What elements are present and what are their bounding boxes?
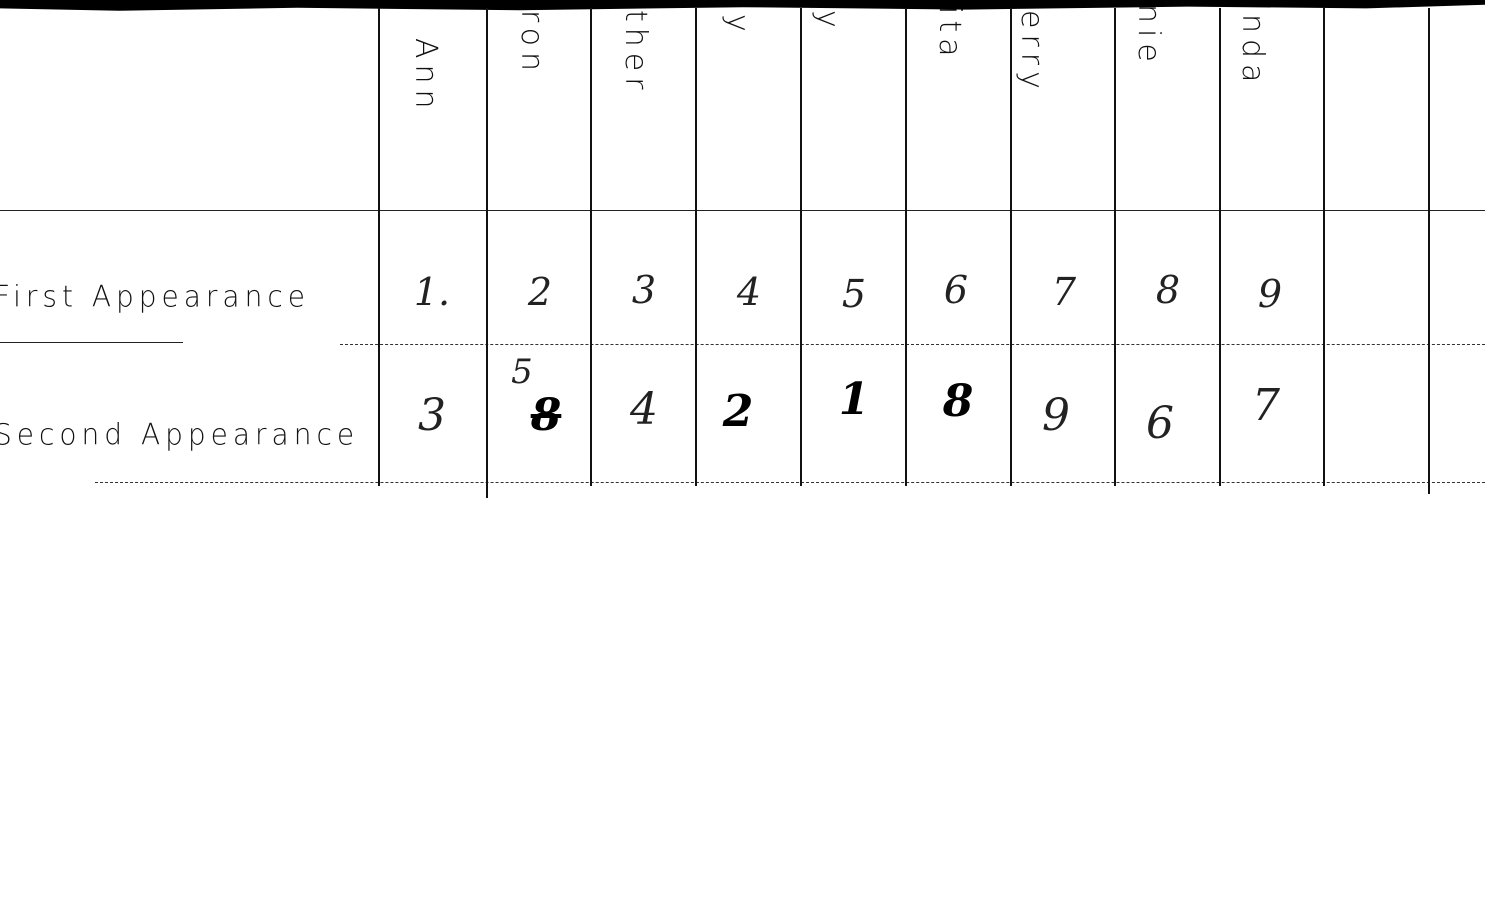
second-row-bottom-rule <box>95 482 1485 483</box>
first-appearance-label: First Appearance <box>0 279 310 314</box>
column-name: Ann <box>410 38 440 115</box>
correction-mark: 5 <box>470 352 574 392</box>
first-appearance-cell: 7 <box>1012 270 1116 314</box>
second-appearance-cell: 8 <box>494 390 598 441</box>
first-appearance-cell: 8 <box>1116 268 1220 312</box>
second-appearance-cell: 1 <box>802 374 906 425</box>
second-appearance-label: Second Appearance <box>0 417 359 452</box>
second-appearance-cell: 7 <box>1214 380 1318 431</box>
second-appearance-cell: 9 <box>1004 390 1108 441</box>
second-appearance-cell: 3 <box>380 390 484 441</box>
first-appearance-cell: 5 <box>802 272 906 316</box>
column-name: nda <box>1237 14 1267 88</box>
column-divider <box>1323 8 1325 486</box>
first-appearance-cell: 2 <box>488 270 592 314</box>
header-bottom-rule <box>0 210 1485 211</box>
first-appearance-cell: 3 <box>592 268 696 312</box>
column-divider <box>1428 8 1430 494</box>
second-appearance-cell: 6 <box>1108 398 1212 449</box>
first-appearance-cell: 4 <box>697 270 801 314</box>
second-appearance-cell: 2 <box>686 386 790 437</box>
column-divider <box>486 8 488 498</box>
first-appearance-cell: 6 <box>904 268 1008 312</box>
first-appearance-cell: 1. <box>380 270 484 314</box>
column-name: nie <box>1133 4 1163 68</box>
scan-top-edge <box>0 0 1485 12</box>
first-appearance-cell: 9 <box>1218 272 1322 316</box>
column-name: erry <box>1016 10 1046 95</box>
column-name: y <box>812 10 842 34</box>
column-name: ita <box>934 6 964 62</box>
second-appearance-cell: 8 <box>906 376 1010 427</box>
second-appearance-cell: 4 <box>592 384 696 435</box>
first-row-bottom-rule <box>340 344 1485 345</box>
column-name: ther <box>620 10 650 96</box>
column-name: ron <box>516 10 546 77</box>
column-name: y <box>722 14 752 38</box>
first-label-underline <box>0 342 183 343</box>
